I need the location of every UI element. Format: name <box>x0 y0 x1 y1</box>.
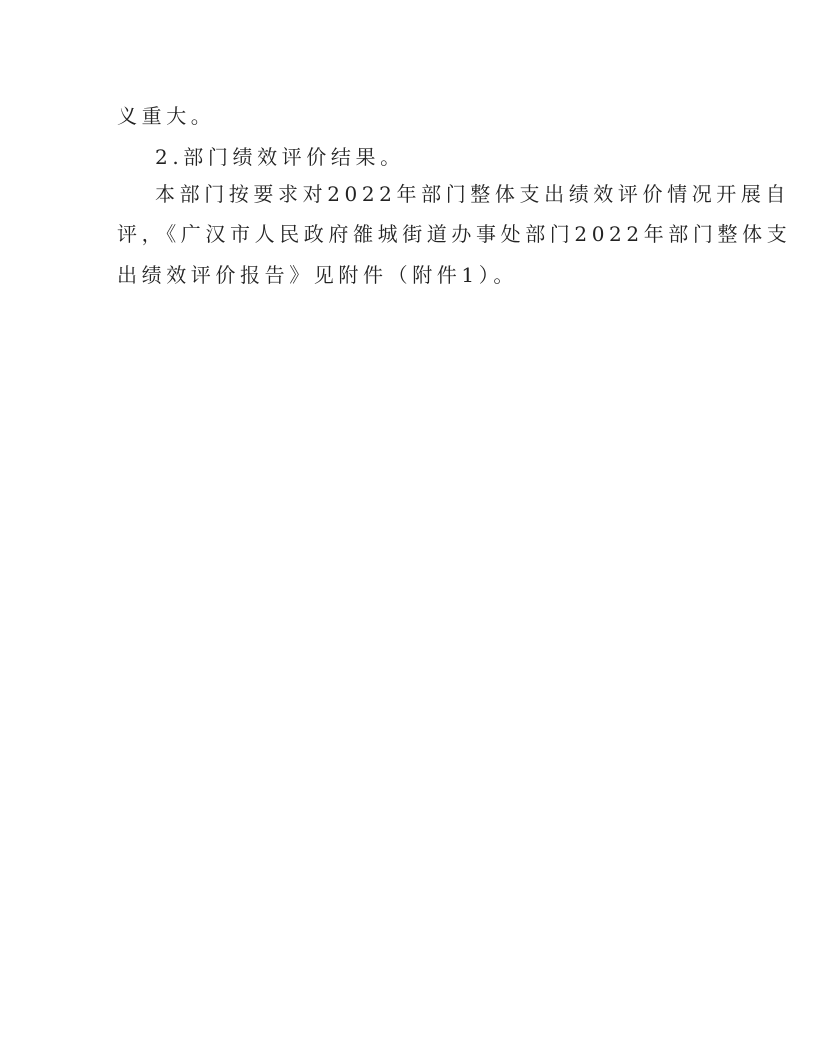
paragraph-line: 评，《广汉市人民政府雒城街道办事处部门2022年部门整体支 <box>117 222 791 246</box>
section-heading: 2.部门绩效评价结果。 <box>155 145 405 169</box>
document-page: 义重大。 2.部门绩效评价结果。 本部门按要求对2022年部门整体支出绩效评价情… <box>0 0 815 1055</box>
paragraph-line: 本部门按要求对2022年部门整体支出绩效评价情况开展自 <box>155 182 790 206</box>
paragraph-line: 出绩效评价报告》见附件（附件1）。 <box>117 263 518 287</box>
paragraph-continuation: 义重大。 <box>117 104 215 128</box>
